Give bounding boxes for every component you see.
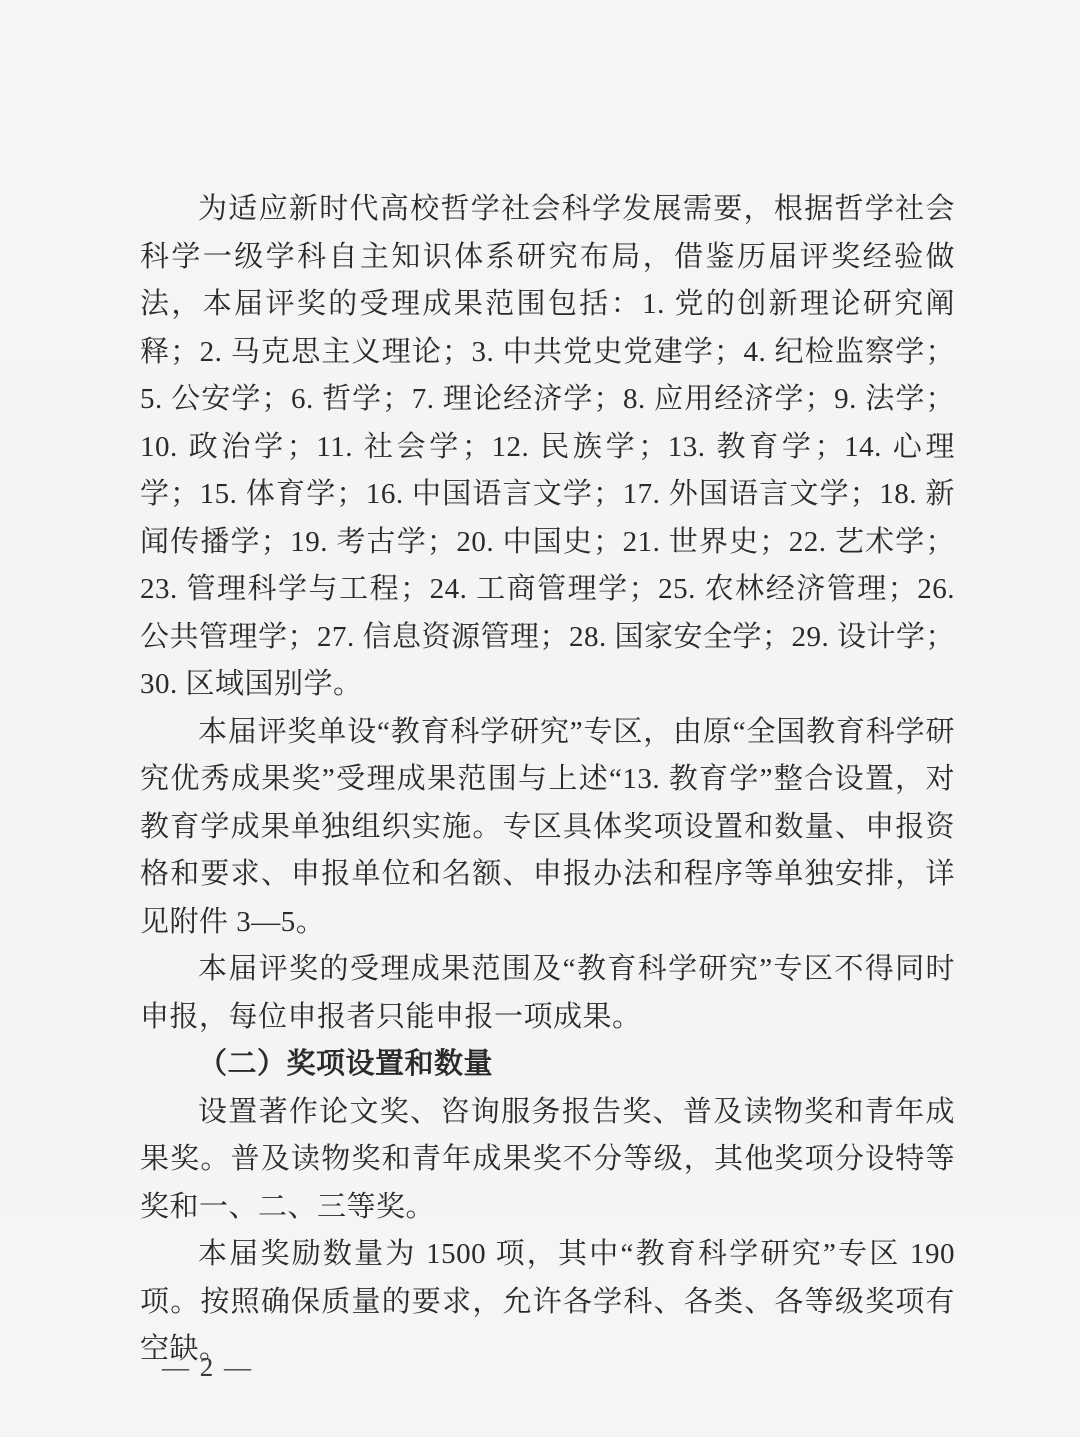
paragraph-single-application-rule: 本届评奖的受理成果范围及“教育科学研究”专区不得同时申报，每位申报者只能申报一项…	[140, 946, 955, 1041]
section-heading-award-setup: （二）奖项设置和数量	[140, 1041, 955, 1089]
paragraph-award-categories: 设置著作论文奖、咨询服务报告奖、普及读物奖和青年成果奖。普及读物奖和青年成果奖不…	[140, 1089, 955, 1232]
document-body: 为适应新时代高校哲学社会科学发展需要，根据哲学社会科学一级学科自主知识体系研究布…	[140, 186, 955, 1374]
page-number: — 2 —	[162, 1352, 253, 1383]
paragraph-scope-of-awards: 为适应新时代高校哲学社会科学发展需要，根据哲学社会科学一级学科自主知识体系研究布…	[140, 186, 955, 709]
paragraph-education-science-zone: 本届评奖单设“教育科学研究”专区，由原“全国教育科学研究优秀成果奖”受理成果范围…	[140, 709, 955, 947]
paragraph-award-quantity: 本届奖励数量为 1500 项，其中“教育科学研究”专区 190 项。按照确保质量…	[140, 1231, 955, 1374]
